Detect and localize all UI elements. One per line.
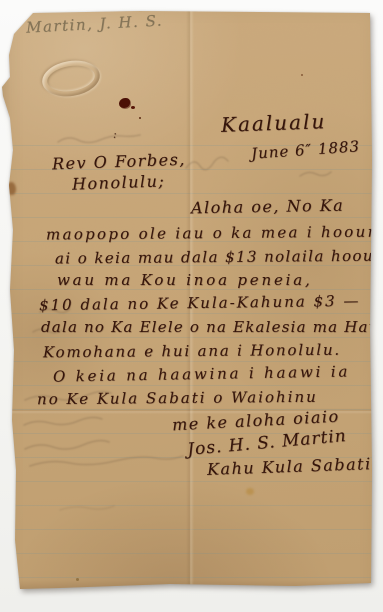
bottom-edge-shading <box>0 580 383 594</box>
body-line-1: maopopo ole iau o ka mea i hoouna <box>46 222 383 243</box>
salutation-line: Aloha oe, No Ka <box>191 196 345 218</box>
paper-speck <box>76 578 79 581</box>
recipient-name: Rev O Forbes, <box>52 150 186 174</box>
paper-speck <box>139 117 141 119</box>
recipient-city: Honolulu; <box>72 171 166 193</box>
body-line-5: dala no Ka Elele o na Ekalesia ma Hawaii <box>41 318 383 336</box>
archival-annotation: Martin, J. H. S. <box>26 11 164 36</box>
signature-title-line: Kahu Kula Sabati <box>207 454 372 479</box>
edge-stain <box>7 182 16 195</box>
date-line: June 6″ 1883 <box>251 137 361 163</box>
ink-blot-dot <box>131 106 135 109</box>
letter-page: Martin, J. H. S. : Kaalualu June 6″ 1883… <box>0 0 383 612</box>
scan-background: Martin, J. H. S. : Kaalualu June 6″ 1883… <box>0 0 383 612</box>
paper-shadow-wrap: Martin, J. H. S. : Kaalualu June 6″ 1883… <box>0 0 383 612</box>
body-line-3: wau ma Kou inoa peneia, <box>57 271 313 289</box>
body-line-8: no Ke Kula Sabati o Waiohinu <box>37 388 318 408</box>
body-line-6: Komohana e hui ana i Honolulu. <box>43 341 341 362</box>
body-line-4: $10 dala no Ke Kula-Kahuna $3 — <box>39 292 361 314</box>
place-line: Kaalualu <box>221 109 327 137</box>
yellow-stain <box>246 488 254 495</box>
ink-blot <box>119 98 130 108</box>
colon-mark: : <box>113 128 116 138</box>
body-line-2: ai o keia mau dala $13 nolaila hoouna <box>55 247 383 268</box>
paper-speck <box>301 74 303 76</box>
embossed-oval-seal <box>40 57 103 101</box>
body-line-7: O keia na haawina i haawi ia <box>53 362 350 385</box>
